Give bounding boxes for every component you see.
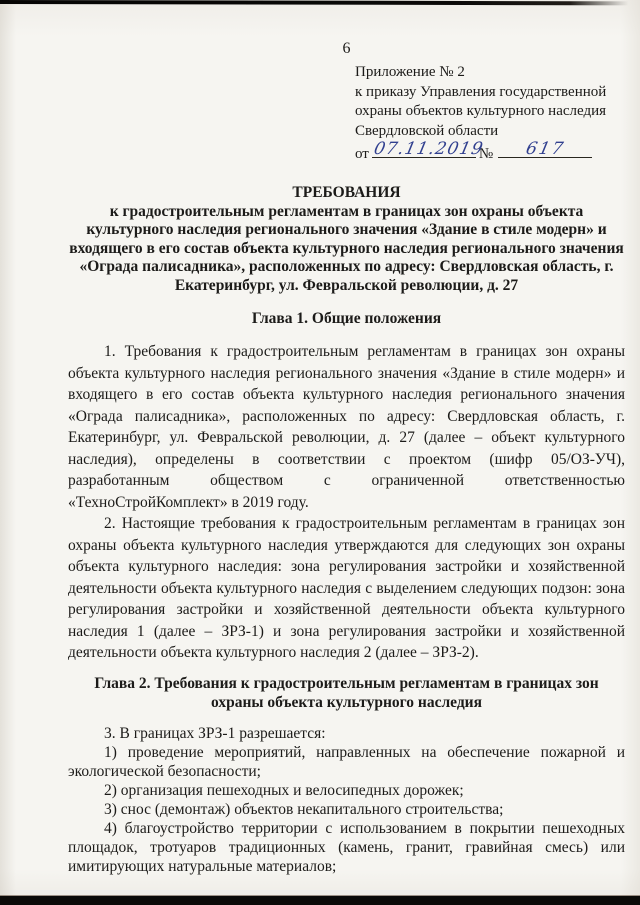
paragraph-3-intro: 3. В границах ЗРЗ-1 разрешается: (68, 724, 625, 743)
list-item-1: 1) проведение мероприятий, направленных … (68, 743, 625, 781)
list-item-4: 4) благоустройство территории с использо… (68, 819, 625, 876)
list-item-3: 3) снос (демонтаж) объектов некапитально… (68, 800, 625, 819)
paragraph-1: 1. Требования к градостроительным реглам… (68, 341, 625, 513)
appendix-line: охраны объектов культурного наследия (355, 102, 627, 122)
appendix-line: к приказу Управления государственной (355, 83, 627, 103)
chapter-2-heading: Глава 2. Требования к градостроительным … (68, 674, 625, 712)
document-subtitle: к градостроительным регламентам в границ… (68, 203, 625, 296)
appendix-line: Приложение № 2 (355, 63, 627, 83)
number-underline-field: 617 (498, 142, 592, 158)
appendix-block: Приложение № 2 к приказу Управления госу… (355, 63, 627, 165)
date-underline-field: 07.11.2019 (372, 142, 476, 158)
handwritten-date: 07.11.2019 (372, 140, 485, 160)
page-number: 6 (68, 40, 625, 58)
handwritten-number: 617 (524, 140, 567, 160)
order-date-prefix: от (355, 146, 369, 162)
list-item-2: 2) организация пешеходных и велосипедных… (68, 781, 625, 800)
paragraph-2: 2. Настоящие требования к градостроитель… (68, 513, 625, 664)
chapter-1-heading: Глава 1. Общие положения (68, 309, 625, 328)
document-title: ТРЕБОВАНИЯ (68, 184, 625, 203)
scan-artifact-top-edge (0, 0, 640, 5)
document-body: ТРЕБОВАНИЯ к градостроительным регламент… (68, 184, 625, 876)
scan-artifact-bottom-edge (0, 896, 640, 905)
order-date-number-line: от07.11.2019№617 (355, 142, 627, 165)
scanned-document-page: 6 Приложение № 2 к приказу Управления го… (0, 0, 640, 905)
